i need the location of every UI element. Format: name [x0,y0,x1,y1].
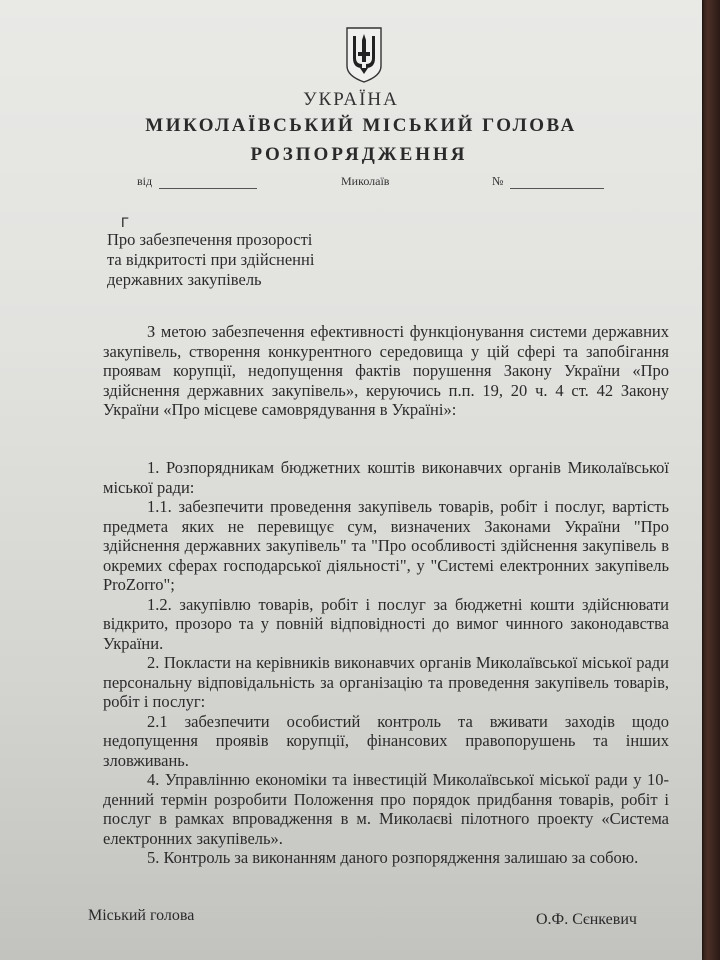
subject-line: Про забезпечення прозорості [107,230,314,250]
preamble-text: З метою забезпечення ефективності функці… [103,322,669,420]
date-field: від [137,174,257,189]
order-item-1: 1. Розпорядникам бюджетних коштів викона… [103,458,669,497]
date-label: від [137,174,152,188]
number-blank-line [510,188,604,189]
number-field: № [492,174,604,189]
signature-title: Міський голова [88,907,194,925]
trident-emblem-icon [345,26,383,84]
order-item-2-1: 2.1 забезпечити особистий контроль та вж… [103,712,669,771]
preamble-paragraph: З метою забезпечення ефективності функці… [103,322,669,420]
order-item-4: 4. Управлінню економіки та інвестицій Ми… [103,770,669,848]
document-page: УКРАЇНА МИКОЛАЇВСЬКИЙ МІСЬКИЙ ГОЛОВА РОЗ… [0,0,702,960]
office-heading: МИКОЛАЇВСЬКИЙ МІСЬКИЙ ГОЛОВА [10,115,712,137]
signature-name: О.Ф. Сєнкевич [536,911,637,929]
order-item-5: 5. Контроль за виконанням даного розпоря… [103,848,669,868]
document-subject: Про забезпечення прозорості та відкритос… [107,230,314,290]
document-type-heading: РОЗПОРЯДЖЕННЯ [8,144,710,166]
corner-bracket-mark: Г [121,214,129,230]
subject-line: державних закупівель [107,270,314,290]
subject-line: та відкритості при здійсненні [107,250,314,270]
order-items: 1. Розпорядникам бюджетних коштів викона… [103,458,669,868]
number-label: № [492,174,503,188]
date-blank-line [159,188,257,189]
order-item-1-1: 1.1. забезпечити проведення закупівель т… [103,497,669,595]
order-item-1-2: 1.2. закупівлю товарів, робіт і послуг з… [103,595,669,654]
country-heading: УКРАЇНА [0,89,702,111]
order-item-2: 2. Покласти на керівників виконавчих орг… [103,653,669,712]
city-label: Миколаїв [341,174,389,189]
